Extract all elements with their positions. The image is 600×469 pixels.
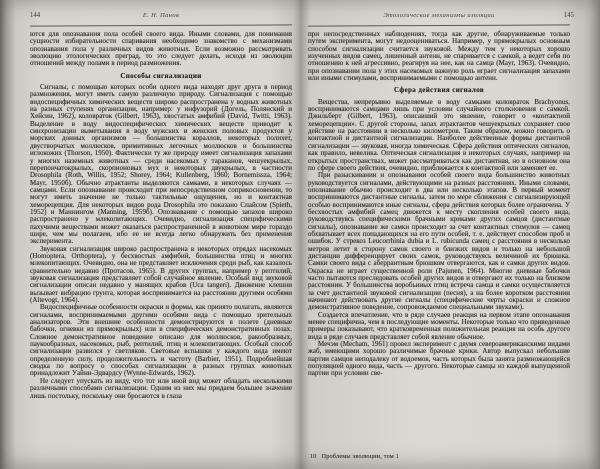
section-heading-signal-methods: Способы сигнализации bbox=[30, 73, 292, 80]
paragraph: Звуковая сигнализация широко распростран… bbox=[30, 246, 292, 305]
page-header-right: 145 Этологические механизмы изоляции bbox=[308, 12, 570, 23]
paragraph: Сигналы, с помощью которых особи одного … bbox=[30, 84, 292, 246]
paragraph: При разыскивании и опознавании особей св… bbox=[308, 172, 570, 312]
paragraph: Создается впечатление, что в ряде случае… bbox=[308, 312, 570, 341]
page-144: 144 Е. Н. Панов ются для опознавания пол… bbox=[30, 10, 292, 462]
running-head-rule bbox=[30, 24, 292, 26]
paragraph: Мечэм (Mecham, 1961) провел эксперимент … bbox=[308, 341, 570, 378]
paragraph: Видоспецифичные особенности окраски и фо… bbox=[30, 304, 292, 377]
printer-signature-mark: 10Проблемы эволюции, том 1 bbox=[310, 453, 399, 460]
signature-text: Проблемы эволюции, том 1 bbox=[322, 453, 399, 460]
book-scan: 144 Е. Н. Панов ются для опознавания пол… bbox=[0, 0, 600, 469]
page-number: 145 bbox=[564, 12, 574, 19]
page-number: 144 bbox=[30, 12, 40, 19]
page-body-right: при непосредственных наблюдениях, тогда … bbox=[308, 31, 570, 378]
running-head-chapter: Этологические механизмы изоляции bbox=[308, 12, 570, 19]
paragraph: при непосредственных наблюдениях, тогда … bbox=[308, 31, 570, 82]
page-145: 145 Этологические механизмы изоляции при… bbox=[308, 10, 570, 462]
running-head-author: Е. Н. Панов bbox=[30, 12, 292, 19]
section-heading-signal-range: Сфера действия сигналов bbox=[308, 87, 570, 94]
running-head-rule bbox=[308, 24, 570, 26]
paragraph: ются для опознавания пола особей своего … bbox=[30, 31, 292, 68]
page-body-left: ются для опознавания пола особей своего … bbox=[30, 31, 292, 400]
paragraph: Вещества, непрерывно выделяемые в воду с… bbox=[308, 99, 570, 172]
signature-number: 10 bbox=[310, 453, 317, 460]
paragraph: Не следует упускать из виду, что тот или… bbox=[30, 378, 292, 400]
page-header-left: 144 Е. Н. Панов bbox=[30, 12, 292, 23]
